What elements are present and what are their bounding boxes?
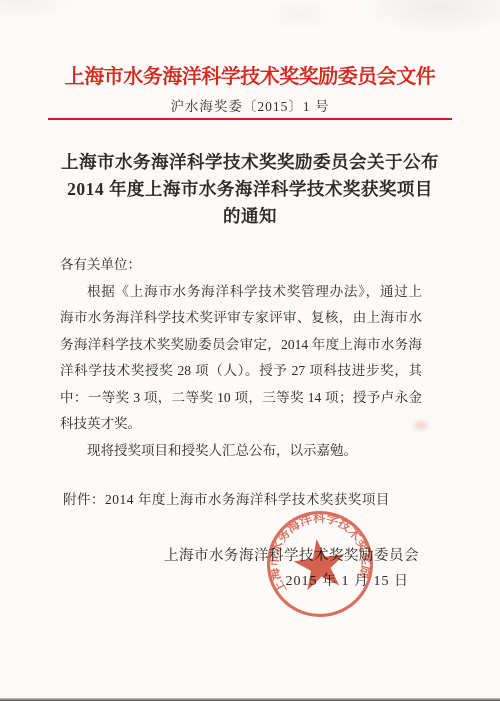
header-org-title: 上海市水务海洋科学技术奖奖励委员会文件 [0, 63, 500, 91]
body-paragraph-line: 务海洋科学技术奖奖励委员会审定，2014 年度上海市水务海 [60, 332, 422, 359]
notice-title: 上海市水务海洋科学技术奖奖励委员会关于公布 2014 年度上海市水务海洋科学技术… [30, 149, 470, 230]
salutation: 各有关单位： [60, 252, 422, 279]
body-paragraph-line: 根据《上海市水务海洋科学技术奖管理办法》，通过上 [60, 279, 422, 306]
notice-title-line: 上海市水务海洋科学技术奖奖励委员会关于公布 [30, 149, 470, 176]
body-paragraph-line: 中：一等奖 3 项，二等奖 10 项，三等奖 14 项；授予卢永金 [60, 385, 422, 412]
body-paragraph-line: 现将授奖项目和授奖人汇总公布，以示嘉勉。 [60, 438, 422, 465]
document-page: 上海市水务海洋科学技术奖奖励委员会文件 沪水海奖委〔2015〕1 号 上海市水务… [0, 0, 500, 701]
official-seal: 上海市水务海洋科学技术奖奖励委员会 [249, 493, 391, 635]
document-number: 沪水海奖委〔2015〕1 号 [0, 98, 500, 116]
header-divider [48, 118, 452, 120]
body-paragraph-line: 科技英才奖。 [60, 411, 422, 438]
star-icon [291, 535, 349, 591]
notice-body: 各有关单位： 根据《上海市水务海洋科学技术奖管理办法》，通过上 海市水务海洋科学… [60, 252, 422, 464]
body-paragraph-line: 海市水务海洋科学技术奖评审专家评审、复核，由上海市水 [60, 305, 422, 332]
notice-title-line: 2014 年度上海市水务海洋科学技术奖获奖项目 [30, 176, 470, 203]
notice-title-line: 的通知 [30, 203, 470, 230]
body-paragraph-line: 洋科学技术奖授奖 28 项（人）。授予 27 项科技进步奖，其 [60, 358, 422, 385]
